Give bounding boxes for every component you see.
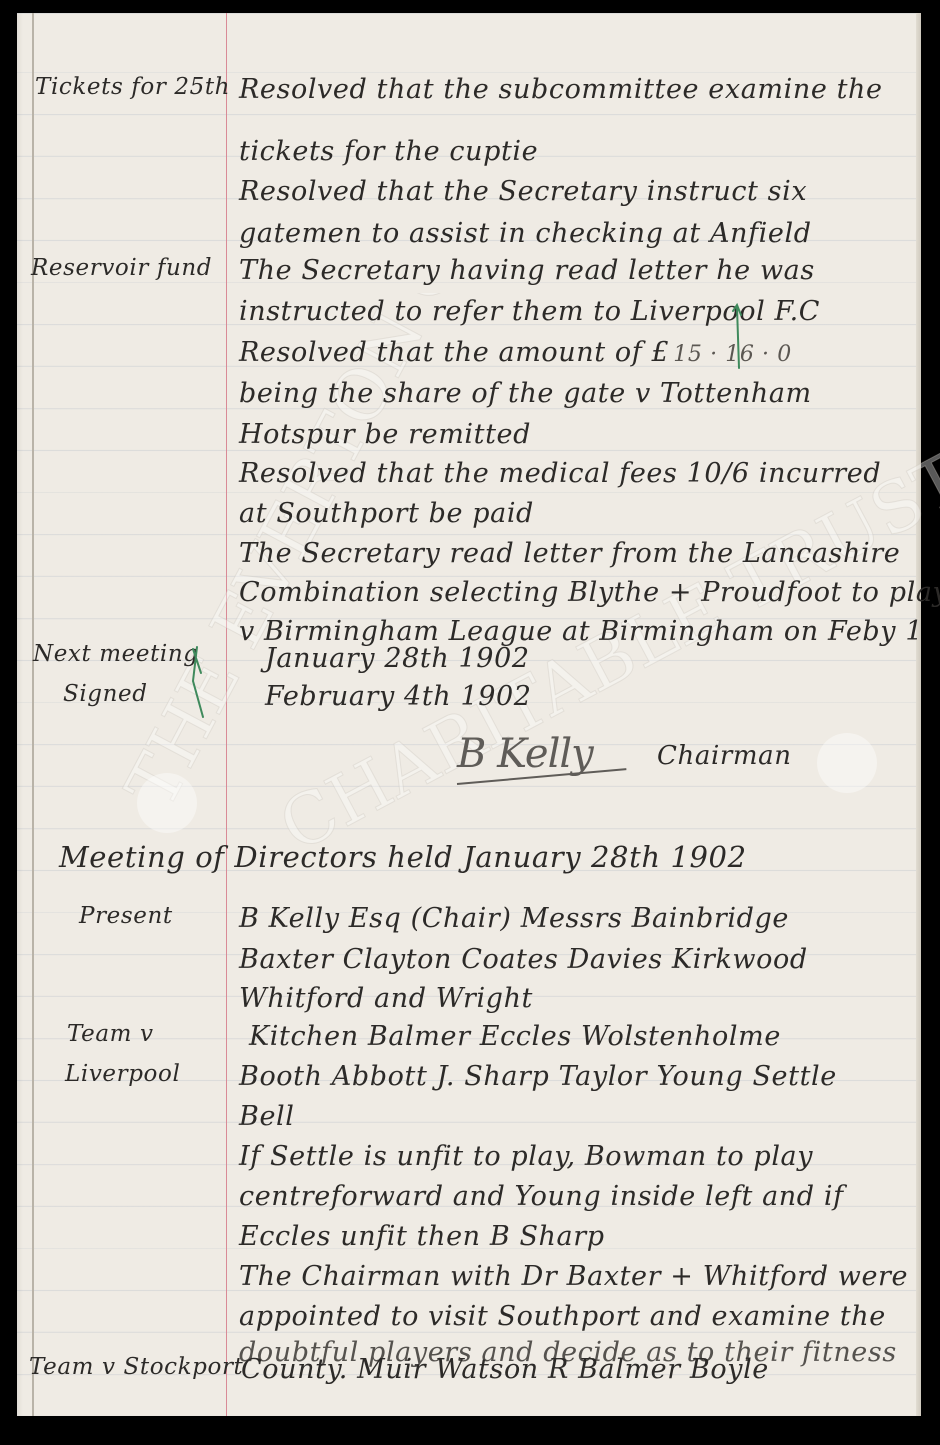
minute-book-page: THE EVERTON COLLECTION CHARITABLE TRUST … [17,13,921,1416]
margin-note-team-stockport: Team v Stockport [29,1356,243,1379]
minute-line: Resolved that the Secretary instruct six [239,178,807,205]
meeting-heading: Meeting of Directors held January 28th 1… [59,843,747,872]
margin-note-reservoir-fund: Reservoir fund [31,257,212,280]
page-edge [916,13,921,1416]
margin-note-signed: Signed [63,683,148,706]
minute-line: centreforward and Young inside left and … [239,1183,844,1210]
minute-line: If Settle is unfit to play, Bowman to pl… [239,1143,813,1170]
minute-line: Kitchen Balmer Eccles Wolstenholme [249,1023,781,1050]
minute-line-text: Resolved that the amount of £ [239,337,669,368]
minute-line: Baxter Clayton Coates Davies Kirkwood [239,946,808,973]
minute-line: Combination selecting Blythe + Proudfoot… [239,579,940,606]
margin-note-liverpool: Liverpool [65,1063,180,1086]
minute-line: at Southport be paid [239,500,534,527]
minute-line: appointed to visit Southport and examine… [239,1303,886,1330]
chairman-signature: B Kelly [457,731,593,777]
minute-line: Eccles unfit then B Sharp [239,1223,605,1250]
minute-line: v Birmingham League at Birmingham on Feb… [239,618,923,645]
binding-line [32,13,34,1416]
minute-line: Hotspur be remitted [239,421,531,448]
minute-line: B Kelly Esq (Chair) Messrs Bainbridge [239,905,789,932]
minute-line: The Secretary having read letter he was [239,257,815,284]
signed-date: February 4th 1902 [265,683,532,710]
amount-value: 15 · 16 · 0 [673,342,792,367]
margin-note-next-meeting: Next meeting [33,643,199,666]
next-meeting-date: January 28th 1902 [265,645,530,672]
red-margin-line [226,13,227,1416]
minute-line: tickets for the cuptie [239,138,538,165]
minute-line: Bell [239,1103,295,1130]
minute-line: County. Muir Watson R Balmer Boyle [241,1356,769,1383]
margin-note-team-v: Team v [67,1023,154,1046]
minute-line: Whitford and Wright [239,985,533,1012]
minute-line: Resolved that the medical fees 10/6 incu… [239,460,881,487]
minute-line: Resolved that the subcommittee examine t… [239,76,883,103]
margin-note-present: Present [79,905,173,928]
minute-line: Booth Abbott J. Sharp Taylor Young Settl… [239,1063,837,1090]
minute-line: Resolved that the amount of £15 · 16 · 0 [239,339,792,366]
minute-line: instructed to refer them to Liverpool F.… [239,298,820,325]
minute-line: being the share of the gate v Tottenham [239,380,812,407]
minute-line: The Secretary read letter from the Lanca… [239,540,900,567]
minute-line: The Chairman with Dr Baxter + Whitford w… [239,1263,908,1290]
signature-title: Chairman [657,743,792,769]
margin-note-tickets: Tickets for 25th [35,76,230,99]
minute-line: gatemen to assist in checking at Anfield [239,220,812,247]
